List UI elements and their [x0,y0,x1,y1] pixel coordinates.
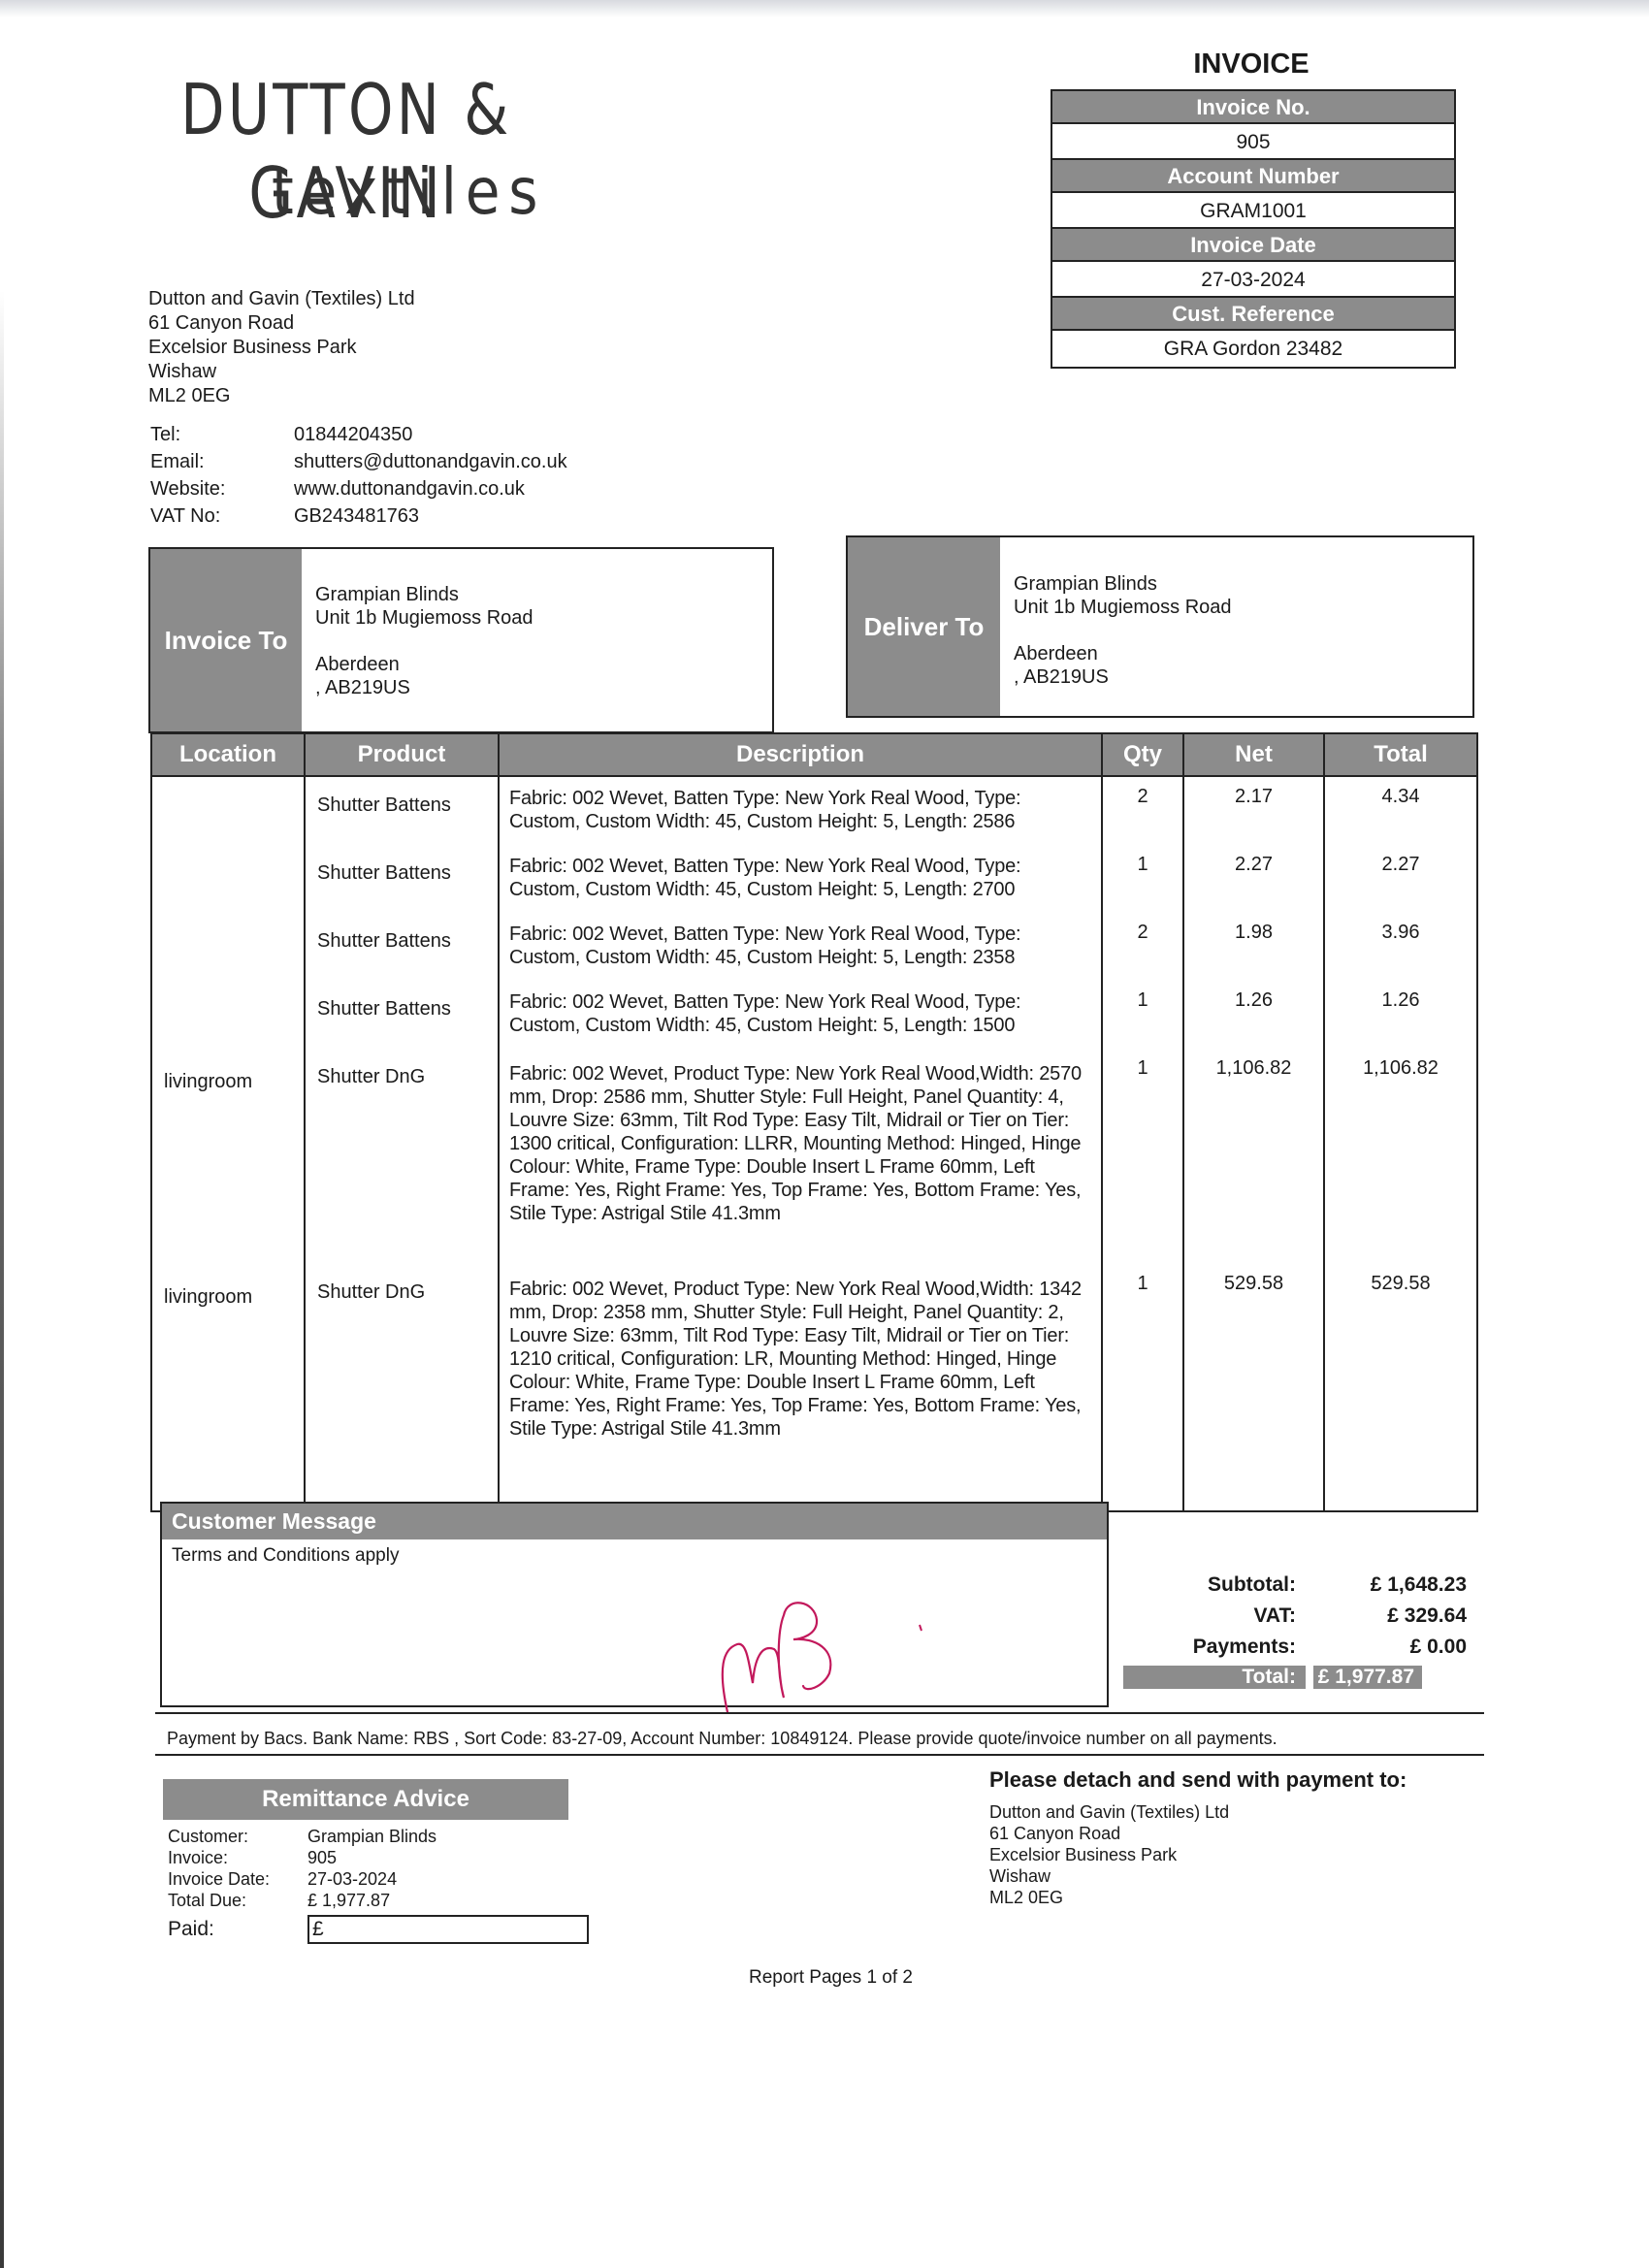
vat-row: VAT:£ 329.64 [1123,1601,1474,1632]
company-address: Dutton and Gavin (Textiles) Ltd 61 Canyo… [148,287,415,408]
table-row: Shutter Battens Fabric: 002 Wevet, Batte… [151,913,1477,981]
address-line: Excelsior Business Park [148,336,415,360]
subtotal-row: Subtotal:£ 1,648.23 [1123,1570,1474,1601]
vat-value: GB243481763 [294,502,419,530]
address-line: Dutton and Gavin (Textiles) Ltd [148,287,415,311]
tel-value: 01844204350 [294,421,412,448]
col-location: Location [151,733,305,776]
cust-reference-value: GRA Gordon 23482 [1052,331,1454,367]
total-value: £ 1,977.87 [1313,1666,1422,1689]
account-number-label: Account Number [1052,160,1454,193]
bank-details-note: Payment by Bacs. Bank Name: RBS , Sort C… [167,1729,1277,1749]
divider [155,1754,1484,1756]
email-value: shutters@duttonandgavin.co.uk [294,448,567,475]
line-items-table: Location Product Description Qty Net Tot… [150,732,1476,1512]
remittance-advice-title: Remittance Advice [163,1779,568,1820]
customer-message-label: Customer Message [162,1504,1107,1539]
invoice-to-box: Invoice To Grampian Blinds Unit 1b Mugie… [148,547,774,733]
contact-vat: VAT No:GB243481763 [150,502,567,530]
website-value: www.duttonandgavin.co.uk [294,475,525,502]
remit-invoice-date: 27-03-2024 [307,1868,397,1890]
totals-summary: Subtotal:£ 1,648.23 VAT:£ 329.64 Payment… [1123,1570,1474,1692]
vat-value: £ 329.64 [1306,1604,1474,1628]
col-product: Product [305,733,499,776]
handwritten-signature-icon [708,1591,941,1717]
table-row: Shutter Battens Fabric: 002 Wevet, Batte… [151,981,1477,1049]
account-number-value: GRAM1001 [1052,193,1454,229]
detach-heading: Please detach and send with payment to: [989,1767,1406,1793]
invoice-date-label: Invoice Date [1052,229,1454,262]
address-line: 61 Canyon Road [148,311,415,336]
col-net: Net [1183,733,1324,776]
customer-message-text: Terms and Conditions apply [162,1539,1107,1567]
table-row: Shutter Battens Fabric: 002 Wevet, Batte… [151,776,1477,845]
scan-edge-left [0,291,4,2268]
remittance-details: Customer:Grampian Blinds Invoice:905 Inv… [168,1826,589,1944]
remit-total-due: £ 1,977.87 [307,1890,390,1911]
invoice-meta-box: Invoice No. 905 Account Number GRAM1001 … [1051,89,1456,369]
invoice-no-value: 905 [1052,124,1454,160]
company-logo-subtitle: textiles [272,155,546,229]
col-qty: Qty [1102,733,1183,776]
table-row: livingroom Shutter DnG Fabric: 002 Wevet… [151,1264,1477,1511]
customer-message-box: Customer Message Terms and Conditions ap… [160,1502,1109,1707]
subtotal-value: £ 1,648.23 [1306,1573,1474,1597]
contact-website: Website:www.duttonandgavin.co.uk [150,475,567,502]
divider [155,1712,1484,1714]
contact-email: Email:shutters@duttonandgavin.co.uk [150,448,567,475]
payments-value: £ 0.00 [1306,1636,1474,1659]
deliver-to-box: Deliver To Grampian Blinds Unit 1b Mugie… [846,535,1474,718]
invoice-no-label: Invoice No. [1052,91,1454,124]
table-header-row: Location Product Description Qty Net Tot… [151,733,1477,776]
address-line: Wishaw [148,360,415,384]
scan-edge-top [0,0,1649,17]
invoice-to-label: Invoice To [150,549,302,731]
detach-address: Dutton and Gavin (Textiles) Ltd 61 Canyo… [989,1801,1229,1908]
deliver-to-address: Grampian Blinds Unit 1b Mugiemoss Road A… [1000,537,1232,716]
invoice-title: INVOICE [1048,49,1455,81]
total-row: Total:£ 1,977.87 [1123,1663,1474,1692]
paid-amount-field[interactable]: £ [307,1915,589,1944]
deliver-to-label: Deliver To [848,537,1000,716]
invoice-date-value: 27-03-2024 [1052,262,1454,298]
col-total: Total [1324,733,1477,776]
address-line: ML2 0EG [148,384,415,408]
col-description: Description [499,733,1102,776]
remit-customer: Grampian Blinds [307,1826,436,1847]
company-contact: Tel:01844204350 Email:shutters@duttonand… [150,421,567,530]
table-row: Shutter Battens Fabric: 002 Wevet, Batte… [151,845,1477,913]
invoice-to-address: Grampian Blinds Unit 1b Mugiemoss Road A… [302,549,533,731]
table-row: livingroom Shutter DnG Fabric: 002 Wevet… [151,1049,1477,1264]
payments-row: Payments:£ 0.00 [1123,1632,1474,1663]
remit-invoice: 905 [307,1847,337,1868]
page-indicator: Report Pages 1 of 2 [749,1967,913,1989]
contact-tel: Tel:01844204350 [150,421,567,448]
cust-reference-label: Cust. Reference [1052,298,1454,331]
